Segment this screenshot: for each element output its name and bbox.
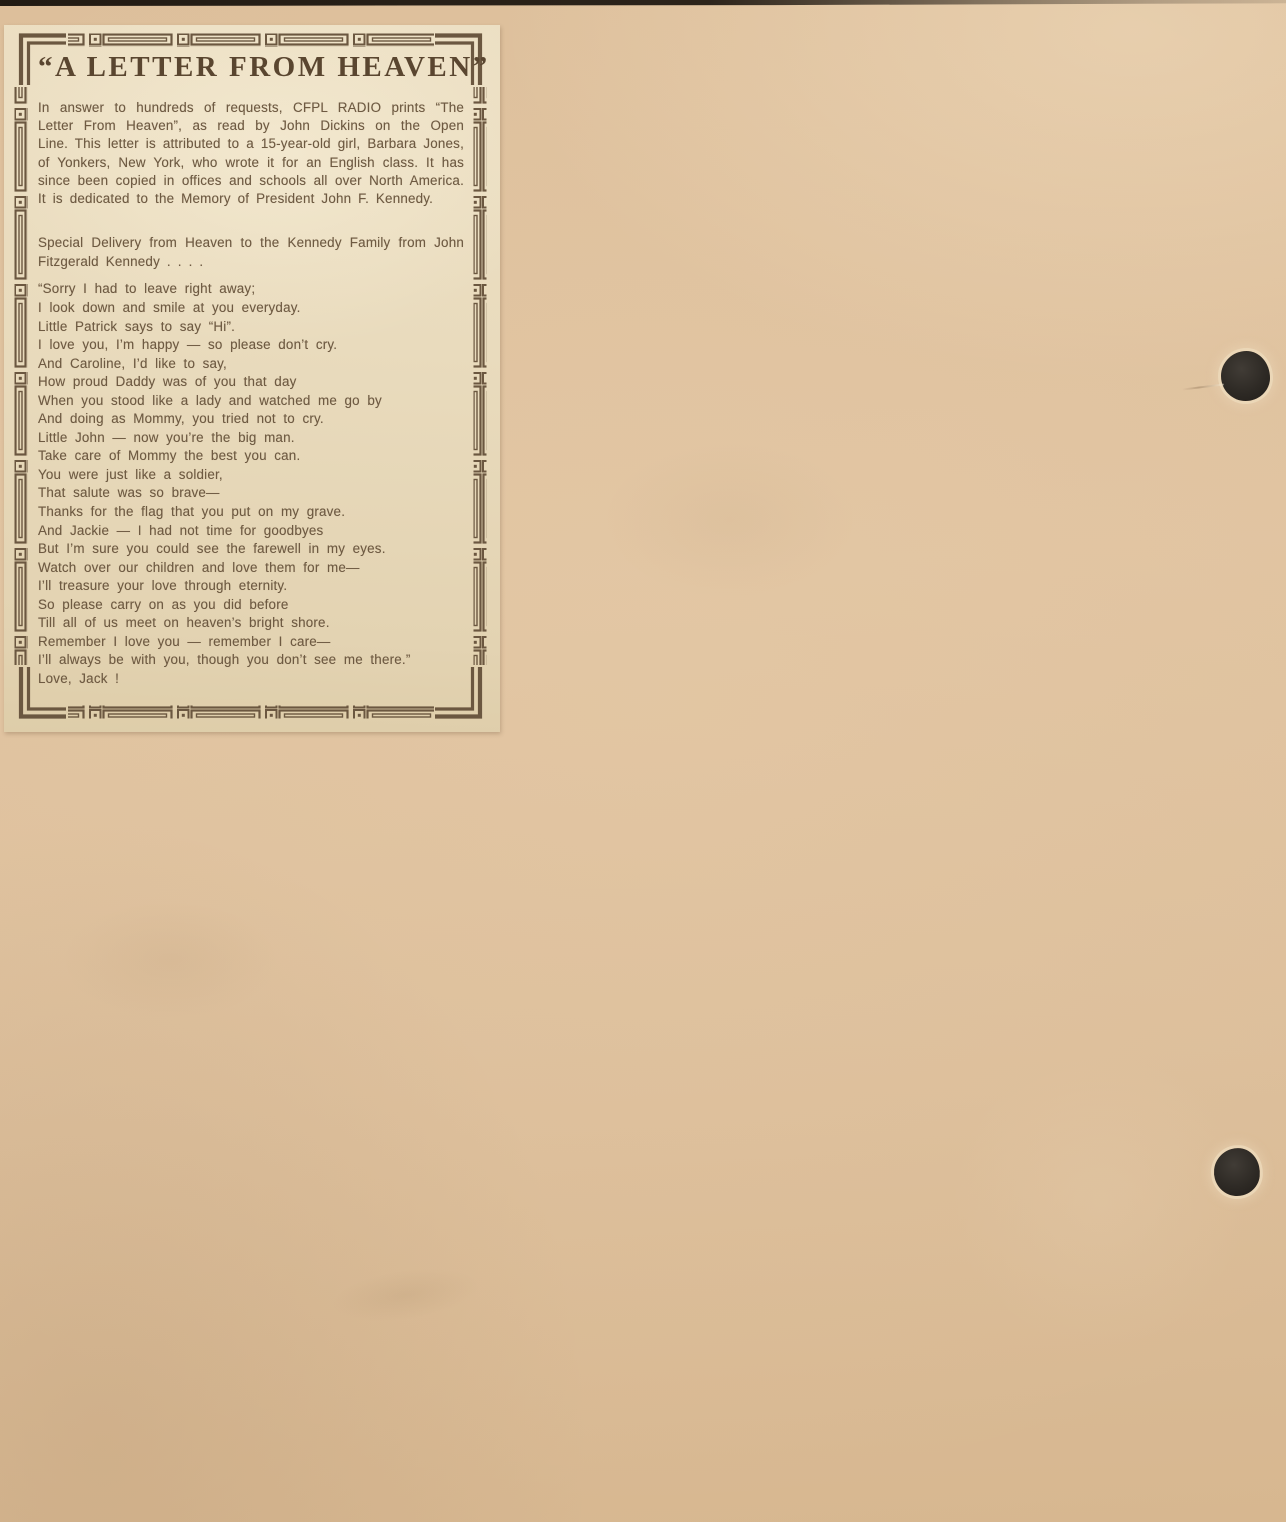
poem-line: When you stood like a lady and watched m… [38, 392, 464, 411]
poem-line: That salute was so brave— [38, 484, 464, 503]
poem-line: Little Patrick says to say “Hi”. [38, 318, 464, 337]
scan-top-edge [0, 0, 1286, 6]
poem-line: And Jackie — I had not time for goodbyes [38, 522, 464, 541]
poem-line: But I’m sure you could see the farewell … [38, 540, 464, 559]
poem-line: Love, Jack ! [38, 670, 464, 689]
poem-line: Take care of Mommy the best you can. [38, 447, 464, 466]
poem-line: Little John — now you’re the big man. [38, 429, 464, 448]
clipping-intro: In answer to hundreds of requests, CFPL … [38, 99, 464, 208]
poem-line: I look down and smile at you everyday. [38, 299, 464, 318]
paper-stain [600, 440, 860, 600]
poem-line: “Sorry I had to leave right away; [38, 280, 464, 299]
poem-line: Watch over our children and love them fo… [38, 559, 464, 578]
poem-line: And doing as Mommy, you tried not to cry… [38, 410, 464, 429]
punch-hole-bottom [1212, 1146, 1263, 1199]
scrapbook-scan: { "colors": { "page_background": "#dfc19… [0, 0, 1286, 1522]
clipping-title: “A LETTER FROM HEAVEN” [38, 51, 464, 84]
poem-line: And Caroline, I’d like to say, [38, 355, 464, 374]
poem-line: I’ll always be with you, though you don’… [38, 651, 464, 670]
poem-line: I love you, I’m happy — so please don’t … [38, 336, 464, 355]
clipping-salutation: Special Delivery from Heaven to the Kenn… [38, 234, 464, 271]
poem-line: How proud Daddy was of you that day [38, 373, 464, 392]
paper-stain [950, 1050, 1250, 1350]
punch-hole-top [1221, 351, 1270, 401]
poem-line: So please carry on as you did before [38, 596, 464, 615]
paper-crease [1182, 383, 1224, 390]
poem-line: You were just like a soldier, [38, 466, 464, 485]
poem-line: I’ll treasure your love through eternity… [38, 577, 464, 596]
clipping-content: “A LETTER FROM HEAVEN” In answer to hund… [38, 25, 464, 688]
paper-stain [327, 1260, 482, 1330]
newspaper-clipping: “A LETTER FROM HEAVEN” In answer to hund… [4, 25, 500, 732]
scrapbook-page: “A LETTER FROM HEAVEN” In answer to hund… [0, 0, 1286, 1522]
paper-stain [60, 900, 280, 1020]
poem-line: Remember I love you — remember I care— [38, 633, 464, 652]
poem-line: Thanks for the flag that you put on my g… [38, 503, 464, 522]
poem-line: Till all of us meet on heaven’s bright s… [38, 614, 464, 633]
poem: “Sorry I had to leave right away;I look … [38, 280, 464, 688]
